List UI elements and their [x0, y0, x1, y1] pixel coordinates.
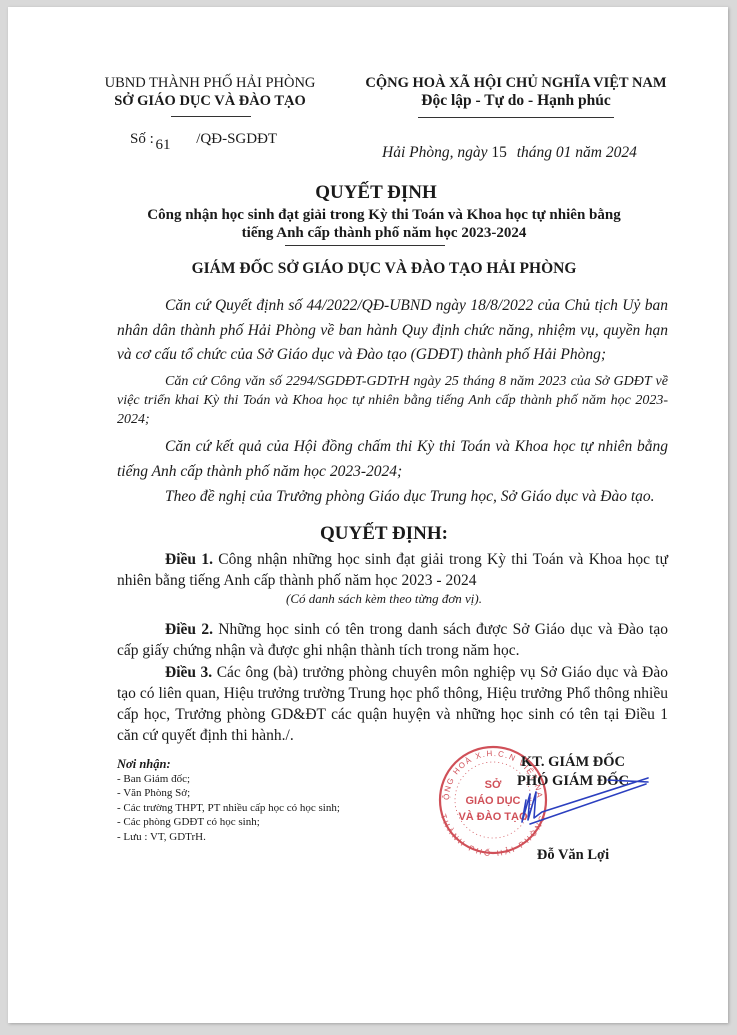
- subtitle-underline: [285, 245, 445, 246]
- article-2-label: Điều 2.: [165, 621, 213, 638]
- decision-heading: QUYẾT ĐỊNH:: [8, 523, 737, 545]
- signatory-title: KT. GIÁM ĐỐC: [503, 753, 643, 772]
- agency-name: SỞ GIÁO DỤC VÀ ĐÀO TẠO: [100, 92, 320, 110]
- preamble-2: Căn cứ Công văn số 2294/SGDĐT-GDTrH ngày…: [117, 372, 668, 429]
- number-label: Số :: [130, 131, 154, 147]
- agency-underline: [171, 116, 251, 117]
- issue-date: Hải Phòng, ngày 15 tháng 01 năm 2024: [382, 144, 637, 162]
- handwritten-signature: [498, 772, 658, 842]
- issuing-authority: GIÁM ĐỐC SỞ GIÁO DỤC VÀ ĐÀO TẠO HẢI PHÒN…: [8, 260, 737, 278]
- recipient-item: - Lưu : VT, GDTrH.: [117, 830, 340, 845]
- recipients-heading: Nơi nhận:: [117, 757, 340, 772]
- document-page: UBND THÀNH PHỐ HẢI PHÒNG SỞ GIÁO DỤC VÀ …: [8, 7, 728, 1023]
- country-name: CỘNG HOÀ XÃ HỘI CHỦ NGHĨA VIỆT NAM: [356, 74, 676, 92]
- document-subtitle: Công nhận học sinh đạt giải trong Kỳ thi…: [8, 206, 737, 242]
- agency-header: UBND THÀNH PHỐ HẢI PHÒNG SỞ GIÁO DỤC VÀ …: [100, 74, 320, 110]
- recipient-item: - Các phòng GDĐT có học sinh;: [117, 815, 340, 830]
- date-suffix: tháng 01 năm 2024: [517, 144, 637, 161]
- article-1-label: Điều 1.: [165, 551, 213, 568]
- preamble-4: Theo đề nghị của Trưởng phòng Giáo dục T…: [117, 485, 668, 510]
- document-number: Số : 61 /QĐ-SGDĐT: [130, 131, 277, 148]
- date-day: 15: [491, 144, 507, 161]
- subtitle-line-2: tiếng Anh cấp thành phố năm học 2023-202…: [8, 224, 737, 242]
- agency-parent: UBND THÀNH PHỐ HẢI PHÒNG: [100, 74, 320, 92]
- preamble-1: Căn cứ Quyết định số 44/2022/QĐ-UBND ngà…: [117, 294, 668, 368]
- article-2: Điều 2. Những học sinh có tên trong danh…: [117, 619, 668, 661]
- subtitle-line-1: Công nhận học sinh đạt giải trong Kỳ thi…: [8, 206, 737, 224]
- document-title: QUYẾT ĐỊNH: [8, 182, 737, 204]
- article-3-label: Điều 3.: [165, 664, 212, 681]
- recipient-item: - Văn Phòng Sở;: [117, 786, 340, 801]
- recipient-item: - Ban Giám đốc;: [117, 772, 340, 787]
- article-1-note: (Có danh sách kèm theo từng đơn vị).: [8, 591, 737, 607]
- date-prefix: Hải Phòng, ngày: [382, 144, 487, 161]
- motto: Độc lập - Tự do - Hạnh phúc: [356, 92, 676, 110]
- number-suffix: /QĐ-SGDĐT: [196, 131, 277, 147]
- recipients: Nơi nhận: - Ban Giám đốc; - Văn Phòng Sở…: [117, 757, 340, 844]
- number-value: 61: [156, 137, 171, 153]
- national-header: CỘNG HOÀ XÃ HỘI CHỦ NGHĨA VIỆT NAM Độc l…: [356, 74, 676, 110]
- motto-underline: [418, 117, 614, 118]
- article-3: Điều 3. Các ông (bà) trưởng phòng chuyên…: [117, 662, 668, 746]
- article-1: Điều 1. Công nhận những học sinh đạt giả…: [117, 549, 668, 591]
- recipient-item: - Các trường THPT, PT nhiều cấp học có h…: [117, 801, 340, 816]
- preamble-3: Căn cứ kết quả của Hội đồng chấm thi Kỳ …: [117, 435, 668, 484]
- signatory-name: Đỗ Văn Lợi: [503, 847, 643, 864]
